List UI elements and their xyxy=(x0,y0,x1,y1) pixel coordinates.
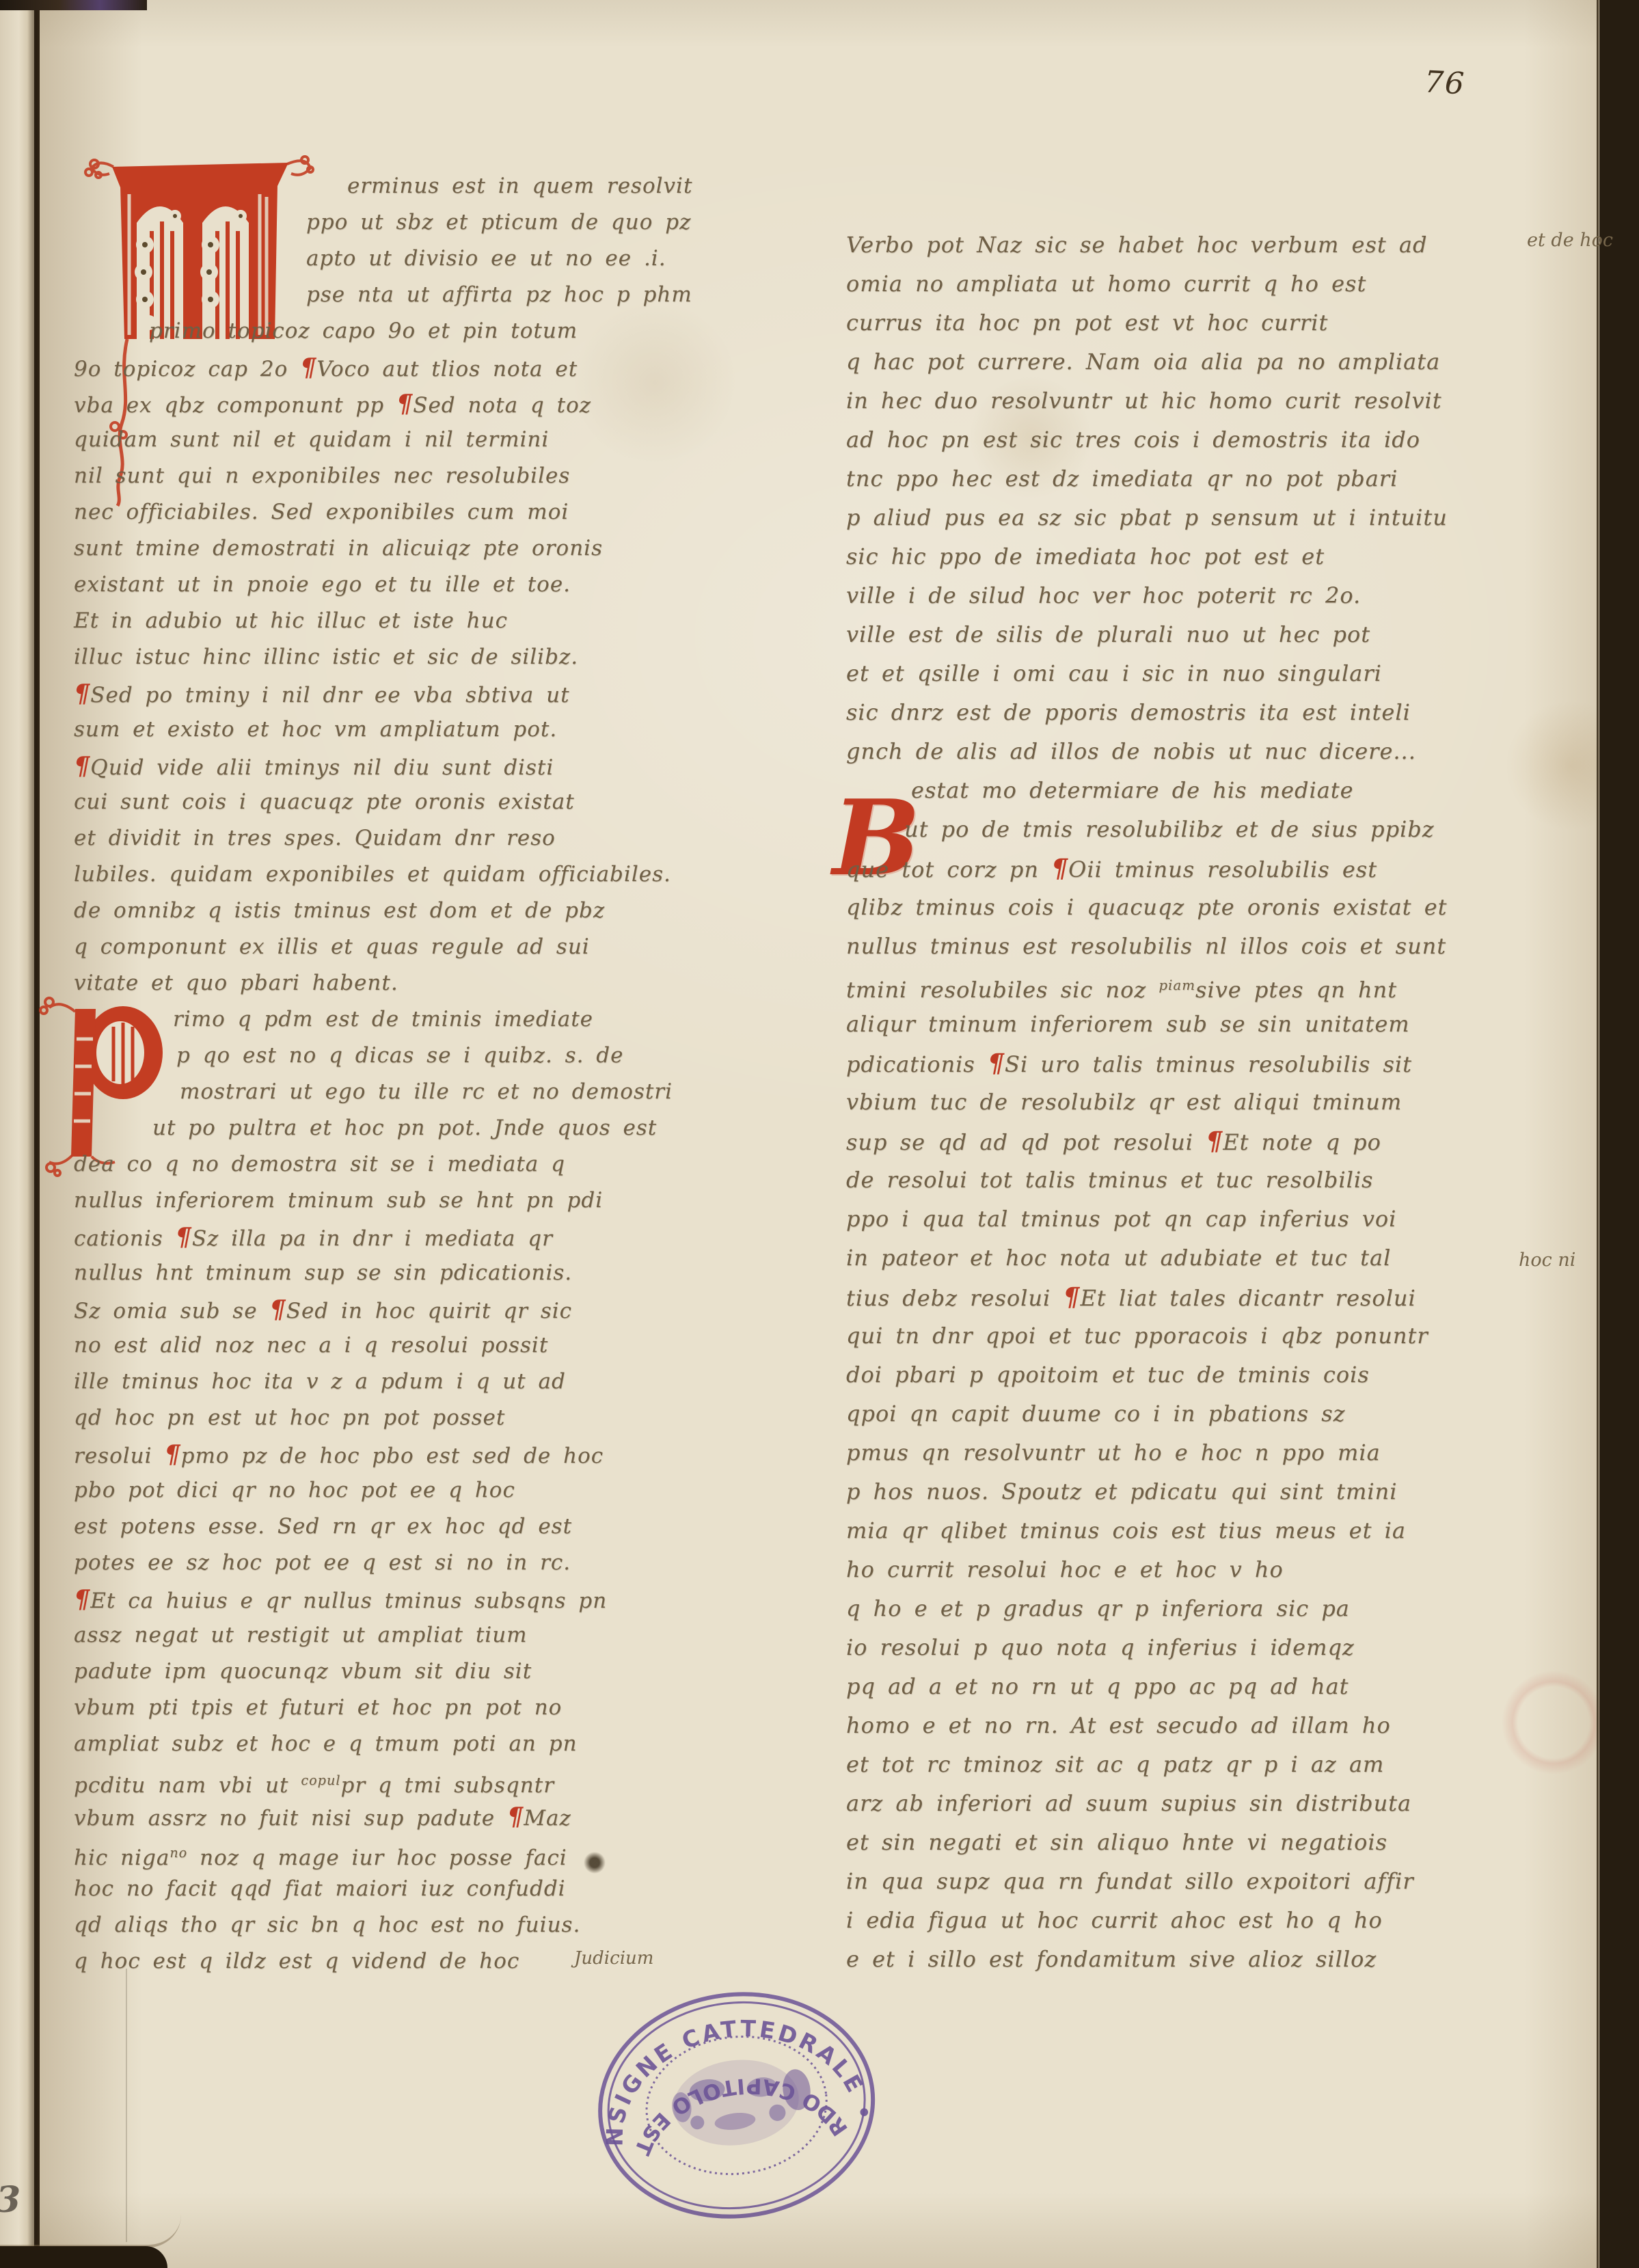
manuscript-line: qd aliqs tho qr sic bn q hoc est no fuiu… xyxy=(74,1907,771,1943)
line-text: mostrari ut ego tu ille rc et no demostr… xyxy=(180,1079,673,1104)
line-text: nil sunt qui n exponibiles nec resolubil… xyxy=(74,463,570,488)
line-text: noz q mage iur hoc posse faci xyxy=(187,1846,567,1870)
marginal-note: hoc ni xyxy=(1519,1250,1575,1271)
manuscript-line: et dividit in tres spes. Quidam dnr reso xyxy=(74,820,771,856)
manuscript-line: de omnibz q istis tminus est dom et de p… xyxy=(74,893,771,929)
rubric-paragraph-mark: ¶ xyxy=(74,1584,90,1614)
line-text: vbum pti tpis et futuri et hoc pn pot no xyxy=(74,1695,562,1720)
manuscript-line: in qua supz qua rn fundat sillo expoitor… xyxy=(846,1862,1550,1901)
line-text: et dividit in tres spes. Quidam dnr reso xyxy=(74,826,556,850)
line-text: in qua supz qua rn fundat sillo expoitor… xyxy=(846,1868,1414,1894)
line-text: in pateor et hoc nota ut adubiate et tuc… xyxy=(846,1245,1391,1271)
line-text: nullus inferiorem tminum sub se hnt pn p… xyxy=(74,1188,603,1213)
manuscript-line: io resolui p quo nota q inferius i idemq… xyxy=(846,1628,1550,1667)
line-text: q hac pot currere. Nam oia alia pa no am… xyxy=(846,349,1440,375)
line-text: illuc istuc hinc illinc istic et sic de … xyxy=(74,645,578,669)
line-text: currus ita hoc pn pot est vt hoc currit xyxy=(846,310,1328,336)
line-text: Si uro talis tminus resolubilis sit xyxy=(1005,1051,1412,1077)
manuscript-line: Verbo pot Naz sic se habet hoc verbum es… xyxy=(846,226,1550,265)
line-text: estat mo determiare de his mediate xyxy=(911,777,1354,803)
line-text: qd aliqs tho qr sic bn q hoc est no fuiu… xyxy=(74,1913,580,1937)
manuscript-line: et sin negati et sin aliquo hnte vi nega… xyxy=(846,1823,1550,1862)
manuscript-line: q ho e et p gradus qr p inferiora sic pa xyxy=(846,1589,1550,1628)
manuscript-line: erminus est in quem resolvit xyxy=(74,168,771,204)
line-text: io resolui p quo nota q inferius i idemq… xyxy=(846,1634,1355,1660)
manuscript-line: est potens esse. Sed rn qr ex hoc qd est xyxy=(74,1509,771,1545)
line-text: sic hic ppo de imediata hoc pot est et xyxy=(846,543,1325,569)
line-text: erminus est in quem resolvit xyxy=(347,174,692,198)
library-stamp: INSIGNE CATTEDRALE • RDO CAPITOLO EST xyxy=(580,1971,894,2244)
manuscript-line: nec officiabiles. Sed exponibiles cum mo… xyxy=(74,494,771,530)
manuscript-line: assz negat ut restigit ut ampliat tium xyxy=(74,1617,771,1653)
line-text: padute ipm quocunqz vbum sit diu sit xyxy=(74,1659,532,1684)
line-text: q componunt ex illis et quas regule ad s… xyxy=(74,934,590,959)
manuscript-line: omia no ampliata ut homo currit q ho est xyxy=(846,265,1550,303)
manuscript-line: ad hoc pn est sic tres cois i demostris … xyxy=(846,420,1550,459)
manuscript-line: sup se qd ad qd pot resolui ¶Et note q p… xyxy=(846,1122,1550,1161)
page-edge-stack xyxy=(1597,0,1639,2268)
line-text: arz ab inferiori ad suum supius sin dist… xyxy=(846,1790,1411,1816)
line-text: et sin negati et sin aliquo hnte vi nega… xyxy=(846,1829,1387,1855)
line-text: Voco aut tlios nota et xyxy=(316,357,578,381)
manuscript-line: ppo i qua tal tminus pot qn cap inferius… xyxy=(846,1200,1550,1239)
manuscript-line: q componunt ex illis et quas regule ad s… xyxy=(74,929,771,965)
manuscript-line: i edia figua ut hoc currit ahoc est ho q… xyxy=(846,1901,1550,1940)
rubric-paragraph-mark: ¶ xyxy=(1063,1282,1080,1312)
manuscript-line: hoc no facit qqd fiat maiori iuz confudd… xyxy=(74,1871,771,1907)
manuscript-line: mia qr qlibet tminus cois est tius meus … xyxy=(846,1511,1550,1550)
manuscript-line: Et in adubio ut hic illuc et iste huc xyxy=(74,603,771,639)
line-text: Sed nota q toz xyxy=(413,393,591,418)
manuscript-line: p hos nuos. Spoutz et pdicatu qui sint t… xyxy=(846,1472,1550,1511)
rubric-paragraph-mark: ¶ xyxy=(269,1295,286,1324)
line-text: copul xyxy=(301,1772,340,1788)
manuscript-line: ¶Sed po tminy i nil dnr ee vba sbtiva ut xyxy=(74,675,771,712)
manuscript-line: quidam sunt nil et quidam i nil termini xyxy=(74,422,771,458)
line-text: p hos nuos. Spoutz et pdicatu qui sint t… xyxy=(846,1479,1397,1504)
line-text: potes ee sz hoc pot ee q est si no in rc… xyxy=(74,1550,571,1575)
line-text: tmini resolubiles sic noz xyxy=(846,977,1159,1003)
rubric-paragraph-mark: ¶ xyxy=(1206,1126,1223,1156)
line-text: pr q tmi subsqntr xyxy=(340,1773,554,1798)
manuscript-line: estat mo determiare de his mediate xyxy=(846,771,1550,810)
line-text: homo e et no rn. At est secudo ad illam … xyxy=(846,1712,1391,1738)
rubric-paragraph-mark: ¶ xyxy=(74,751,90,781)
manuscript-line: lubiles. quidam exponibiles et quidam of… xyxy=(74,856,771,893)
manuscript-line: pq ad a et no rn ut q ppo ac pq ad hat xyxy=(846,1667,1550,1706)
rubric-paragraph-mark: ¶ xyxy=(507,1802,524,1831)
line-text: Et ca huius e qr nullus tminus subsqns p… xyxy=(90,1589,607,1613)
line-text: pdicationis xyxy=(846,1051,988,1077)
manuscript-line: arz ab inferiori ad suum supius sin dist… xyxy=(846,1784,1550,1823)
line-text: ville est de silis de plurali nuo ut hec… xyxy=(846,621,1370,647)
manuscript-line: q hac pot currere. Nam oia alia pa no am… xyxy=(846,342,1550,381)
line-text: omia no ampliata ut homo currit q ho est xyxy=(846,271,1366,297)
line-text: Sed in hoc quirit qr sic xyxy=(286,1299,572,1323)
manuscript-line: p aliud pus ea sz sic pbat p sensum ut i… xyxy=(846,498,1550,537)
line-text: est potens esse. Sed rn qr ex hoc qd est xyxy=(74,1514,572,1539)
manuscript-line: tius debz resolui ¶Et liat tales dicantr… xyxy=(846,1278,1550,1317)
manuscript-line: ille tminus hoc ita v z a pdum i q ut ad xyxy=(74,1364,771,1400)
line-text: tius debz resolui xyxy=(846,1285,1063,1311)
rubric-paragraph-mark: ¶ xyxy=(164,1440,180,1469)
line-text: in hec duo resolvuntr ut hic homo curit … xyxy=(846,388,1442,414)
manuscript-line: vba ex qbz componunt pp ¶Sed nota q toz xyxy=(74,386,771,422)
line-text: et et qsille i omi cau i sic in nuo sing… xyxy=(846,660,1382,686)
rubric-paragraph-mark: ¶ xyxy=(176,1222,192,1252)
manuscript-line: existant ut in pnoie ego et tu ille et t… xyxy=(74,567,771,603)
line-text: ampliat subz et hoc e q tmum poti an pn xyxy=(74,1731,578,1756)
manuscript-line: ville i de silud hoc ver hoc poterit rc … xyxy=(846,576,1550,615)
rubric-paragraph-mark: ¶ xyxy=(988,1048,1005,1078)
manuscript-line: q hoc est q ildz est q vidend de hoc xyxy=(74,1943,771,1980)
manuscript-line: sunt tmine demostrati in alicuiqz pte or… xyxy=(74,530,771,567)
line-text: primo topicoz capo 9o et pin totum xyxy=(149,319,578,343)
manuscript-line: aliqur tminum inferiorem sub se sin unit… xyxy=(846,1005,1550,1044)
rubric-paragraph-mark: ¶ xyxy=(74,679,90,708)
manuscript-line: p qo est no q dicas se i quibz. s. de xyxy=(74,1038,771,1074)
manuscript-line: potes ee sz hoc pot ee q est si no in rc… xyxy=(74,1545,771,1581)
ruling-line xyxy=(126,1969,127,2242)
manuscript-line: rimo q pdm est de tminis imediate xyxy=(74,1001,771,1038)
line-text: cationis xyxy=(74,1226,176,1251)
text-column-right: Verbo pot Naz sic se habet hoc verbum es… xyxy=(846,226,1550,1979)
line-text: Sz omia sub se xyxy=(74,1299,269,1323)
line-text: doi pbari p qpoitoim et tuc de tminis co… xyxy=(846,1362,1370,1388)
line-text: sunt tmine demostrati in alicuiqz pte or… xyxy=(74,536,603,561)
line-text: qd hoc pn est ut hoc pn pot posset xyxy=(74,1405,505,1430)
manuscript-line: pse nta ut affirta pz hoc p phm xyxy=(74,277,771,313)
manuscript-line: sic hic ppo de imediata hoc pot est et xyxy=(846,537,1550,576)
manuscript-line: nullus hnt tminum sup se sin pdicationis… xyxy=(74,1255,771,1291)
line-text: ppo i qua tal tminus pot qn cap inferius… xyxy=(846,1206,1396,1232)
manuscript-line: nullus tminus est resolubilis nl illos c… xyxy=(846,927,1550,966)
line-text: vitate et quo pbari habent. xyxy=(74,971,398,995)
manuscript-line: ampliat subz et hoc e q tmum poti an pn xyxy=(74,1726,771,1762)
manuscript-line: apto ut divisio ee ut no ee .i. xyxy=(74,241,771,277)
manuscript-line: ville est de silis de plurali nuo ut hec… xyxy=(846,615,1550,654)
line-text: p aliud pus ea sz sic pbat p sensum ut i… xyxy=(846,504,1448,530)
manuscript-line: et tot rc tminoz sit ac q patz qr p i az… xyxy=(846,1745,1550,1784)
manuscript-line: primo topicoz capo 9o et pin totum xyxy=(74,313,771,349)
manuscript-line: ¶Et ca huius e qr nullus tminus subsqns … xyxy=(74,1581,771,1617)
line-text: 9o topicoz cap 2o xyxy=(74,357,300,381)
line-text: et tot rc tminoz sit ac q patz qr p i az… xyxy=(846,1751,1384,1777)
marginal-note: et de hoc xyxy=(1527,230,1613,251)
manuscript-line: pmus qn resolvuntr ut ho e hoc n ppo mia xyxy=(846,1433,1550,1472)
line-text: ppo ut sbz et pticum de quo pz xyxy=(306,210,691,234)
manuscript-line: sic dnrz est de pporis demostris ita est… xyxy=(846,693,1550,732)
line-text: sic dnrz est de pporis demostris ita est… xyxy=(846,699,1411,725)
line-text: sum et existo et hoc vm ampliatum pot. xyxy=(74,717,557,742)
manuscript-line: mostrari ut ego tu ille rc et no demostr… xyxy=(74,1074,771,1110)
line-text: Quid vide alii tminys nil diu sunt disti xyxy=(90,755,554,780)
line-text: no est alid noz nec a i q resolui possit xyxy=(74,1333,548,1358)
manuscript-line: pdicationis ¶Si uro talis tminus resolub… xyxy=(846,1044,1550,1083)
line-text: sive ptes qn hnt xyxy=(1195,977,1397,1003)
line-text: nullus tminus est resolubilis nl illos c… xyxy=(846,933,1446,959)
line-text: pcditu nam vbi ut xyxy=(74,1773,301,1798)
line-text: ut po pultra et hoc pn pot. Jnde quos es… xyxy=(152,1116,657,1140)
line-text: gnch de alis ad illos de nobis ut nuc di… xyxy=(846,738,1416,764)
manuscript-line: vitate et quo pbari habent. xyxy=(74,965,771,1001)
manuscript-line: qlibz tminus cois i quacuqz pte oronis e… xyxy=(846,888,1550,927)
manuscript-line: ppo ut sbz et pticum de quo pz xyxy=(74,204,771,241)
text-column-left: erminus est in quem resolvitppo ut sbz e… xyxy=(74,168,771,1980)
line-text: piam xyxy=(1159,977,1195,993)
manuscript-line: vbium tuc de resolubilz qr est aliqui tm… xyxy=(846,1083,1550,1122)
line-text: mia qr qlibet tminus cois est tius meus … xyxy=(846,1517,1406,1543)
manuscript-line: no est alid noz nec a i q resolui possit xyxy=(74,1327,771,1364)
line-text: assz negat ut restigit ut ampliat tium xyxy=(74,1623,528,1647)
manuscript-line: cui sunt cois i quacuqz pte oronis exist… xyxy=(74,784,771,820)
line-text: no xyxy=(170,1845,187,1861)
line-text: vbum assrz no fuit nisi sup padute xyxy=(74,1806,507,1831)
line-text: hic niga xyxy=(74,1846,170,1870)
manuscript-line: doi pbari p qpoitoim et tuc de tminis co… xyxy=(846,1355,1550,1394)
manuscript-line: padute ipm quocunqz vbum sit diu sit xyxy=(74,1653,771,1690)
line-text: ad hoc pn est sic tres cois i demostris … xyxy=(846,427,1420,453)
line-text: Et liat tales dicantr resolui xyxy=(1080,1285,1415,1311)
manuscript-line: illuc istuc hinc illinc istic et sic de … xyxy=(74,639,771,675)
line-text: vbium tuc de resolubilz qr est aliqui tm… xyxy=(846,1089,1402,1115)
line-text: hoc no facit qqd fiat maiori iuz confudd… xyxy=(74,1876,566,1901)
manuscript-line: resolui ¶pmo pz de hoc pbo est sed de ho… xyxy=(74,1436,771,1472)
line-text: qlibz tminus cois i quacuqz pte oronis e… xyxy=(846,894,1447,920)
manuscript-line: qui tn dnr qpoi et tuc pporacois i qbz p… xyxy=(846,1317,1550,1355)
manuscript-line: dea co q no demostra sit se i mediata q xyxy=(74,1146,771,1183)
manuscript-line: qd hoc pn est ut hoc pn pot posset xyxy=(74,1400,771,1436)
manuscript-line: 9o topicoz cap 2o ¶Voco aut tlios nota e… xyxy=(74,349,771,386)
line-text: apto ut divisio ee ut no ee .i. xyxy=(306,246,666,271)
line-text: nec officiabiles. Sed exponibiles cum mo… xyxy=(74,500,569,524)
line-text: ut po de tmis resolubilibz et de sius pp… xyxy=(904,816,1435,842)
line-text: de omnibz q istis tminus est dom et de p… xyxy=(74,898,605,923)
folio-number: 76 xyxy=(1424,64,1467,101)
manuscript-line: nullus inferiorem tminum sub se hnt pn p… xyxy=(74,1183,771,1219)
line-text: vba ex qbz componunt pp xyxy=(74,393,396,418)
line-text: quidam sunt nil et quidam i nil termini xyxy=(74,427,549,452)
manuscript-line: vbum pti tpis et futuri et hoc pn pot no xyxy=(74,1690,771,1726)
manuscript-line: ut po pultra et hoc pn pot. Jnde quos es… xyxy=(74,1110,771,1146)
line-text: Sed po tminy i nil dnr ee vba sbtiva ut xyxy=(90,683,569,707)
line-text: pq ad a et no rn ut q ppo ac pq ad hat xyxy=(846,1673,1349,1699)
manuscript-line: in hec duo resolvuntr ut hic homo curit … xyxy=(846,381,1550,420)
line-text: dea co q no demostra sit se i mediata q xyxy=(74,1152,565,1176)
line-text: i edia figua ut hoc currit ahoc est ho q… xyxy=(846,1907,1383,1933)
manuscript-line: e et i sillo est fondamitum sive alioz s… xyxy=(846,1940,1550,1979)
line-text: que tot corz pn xyxy=(846,856,1051,882)
manuscript-line: ho currit resolui hoc e et hoc v ho xyxy=(846,1550,1550,1589)
line-text: q ho e et p gradus qr p inferiora sic pa xyxy=(846,1595,1350,1621)
manuscript-line: ¶Quid vide alii tminys nil diu sunt dist… xyxy=(74,748,771,784)
manuscript-line: et et qsille i omi cau i sic in nuo sing… xyxy=(846,654,1550,693)
manuscript-line: ut po de tmis resolubilibz et de sius pp… xyxy=(846,810,1550,849)
line-text: rimo q pdm est de tminis imediate xyxy=(173,1007,593,1031)
line-text: Et note q po xyxy=(1223,1129,1381,1155)
line-text: Verbo pot Naz sic se habet hoc verbum es… xyxy=(846,232,1427,258)
line-text: ville i de silud hoc ver hoc poterit rc … xyxy=(846,582,1361,608)
manuscript-line: currus ita hoc pn pot est vt hoc currit xyxy=(846,303,1550,342)
line-text: lubiles. quidam exponibiles et quidam of… xyxy=(74,862,671,887)
line-text: pmo pz de hoc pbo est sed de hoc xyxy=(181,1444,604,1468)
line-text: e et i sillo est fondamitum sive alioz s… xyxy=(846,1946,1377,1972)
manuscript-line: qpoi qn capit duume co i in pbations sz xyxy=(846,1394,1550,1433)
manuscript-line: hic nigano noz q mage iur hoc posse faci xyxy=(74,1835,771,1871)
rubric-paragraph-mark: ¶ xyxy=(396,389,413,418)
line-text: Maz xyxy=(524,1806,571,1831)
manuscript-line: pcditu nam vbi ut copulpr q tmi subsqntr xyxy=(74,1762,771,1798)
manuscript-line: que tot corz pn ¶Oii tminus resolubilis … xyxy=(846,849,1550,888)
rubric-paragraph-mark: ¶ xyxy=(300,353,316,382)
binding-top-edge xyxy=(0,0,147,10)
line-text: pse nta ut affirta pz hoc p phm xyxy=(306,282,692,307)
line-text: aliqur tminum inferiorem sub se sin unit… xyxy=(846,1011,1410,1037)
line-text: p qo est no q dicas se i quibz. s. de xyxy=(176,1043,623,1068)
marginal-note: Judicium xyxy=(574,1948,653,1969)
line-text: pmus qn resolvuntr ut ho e hoc n ppo mia xyxy=(846,1440,1381,1466)
page-corner-curve xyxy=(0,2215,181,2247)
line-text: Sz illa pa in dnr i mediata qr xyxy=(192,1226,553,1251)
line-text: qui tn dnr qpoi et tuc pporacois i qbz p… xyxy=(846,1323,1428,1349)
line-text: sup se qd ad qd pot resolui xyxy=(846,1129,1206,1155)
manuscript-line: gnch de alis ad illos de nobis ut nuc di… xyxy=(846,732,1550,771)
line-text: existant ut in pnoie ego et tu ille et t… xyxy=(74,572,571,597)
line-text: de resolui tot talis tminus et tuc resol… xyxy=(846,1167,1373,1193)
line-text: pbo pot dici qr no hoc pot ee q hoc xyxy=(74,1478,515,1502)
line-text: ille tminus hoc ita v z a pdum i q ut ad xyxy=(74,1369,566,1394)
line-text: qpoi qn capit duume co i in pbations sz xyxy=(846,1401,1345,1427)
manuscript-line: Sz omia sub se ¶Sed in hoc quirit qr sic xyxy=(74,1291,771,1327)
pencil-numeral: 3 xyxy=(0,2179,21,2221)
manuscript-line: cationis ¶Sz illa pa in dnr i mediata qr xyxy=(74,1219,771,1255)
line-text: q hoc est q ildz est q vidend de hoc xyxy=(74,1949,519,1973)
manuscript-line: pbo pot dici qr no hoc pot ee q hoc xyxy=(74,1472,771,1509)
line-text: cui sunt cois i quacuqz pte oronis exist… xyxy=(74,789,575,814)
line-text: tnc ppo hec est dz imediata qr no pot pb… xyxy=(846,465,1398,491)
binding-bottom-edge xyxy=(0,2246,167,2268)
line-text: Oii tminus resolubilis est xyxy=(1068,856,1377,882)
line-text: resolui xyxy=(74,1444,164,1468)
line-text: ho currit resolui hoc e et hoc v ho xyxy=(846,1556,1284,1582)
manuscript-line: tnc ppo hec est dz imediata qr no pot pb… xyxy=(846,459,1550,498)
manuscript-line: de resolui tot talis tminus et tuc resol… xyxy=(846,1161,1550,1200)
manuscript-line: sum et existo et hoc vm ampliatum pot. xyxy=(74,712,771,748)
manuscript-scan: 76 xyxy=(0,0,1639,2268)
line-text: Et in adubio ut hic illuc et iste huc xyxy=(74,608,508,633)
manuscript-line: homo e et no rn. At est secudo ad illam … xyxy=(846,1706,1550,1745)
manuscript-line: tmini resolubiles sic noz piamsive ptes … xyxy=(846,966,1550,1005)
manuscript-line: nil sunt qui n exponibiles nec resolubil… xyxy=(74,458,771,494)
rubric-paragraph-mark: ¶ xyxy=(1051,853,1068,883)
line-text: nullus hnt tminum sup se sin pdicationis… xyxy=(74,1260,572,1285)
manuscript-line: in pateor et hoc nota ut adubiate et tuc… xyxy=(846,1239,1550,1278)
manuscript-line: vbum assrz no fuit nisi sup padute ¶Maz xyxy=(74,1798,771,1835)
